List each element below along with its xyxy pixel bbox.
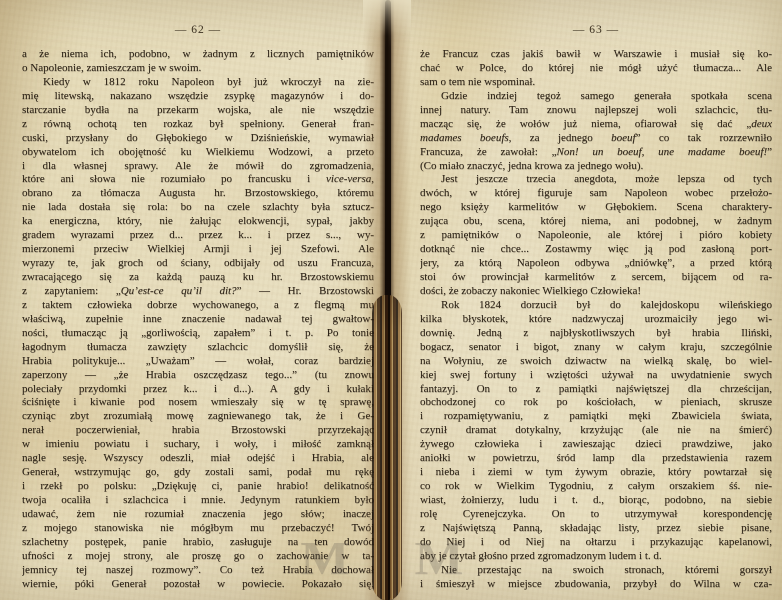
text-line: kilka błyskotek, które nadzwyczaj urozma…: [420, 313, 772, 327]
text-line: chać w Polce, do której nie mógł użyć tł…: [420, 62, 772, 76]
text-line: z taktem człowieka dobrze wychowanego, a…: [22, 299, 374, 313]
text-line: nego księży karmelitów w Głębokiem. Scen…: [420, 201, 772, 215]
text-line: ka energiczna, który, nie żałując elokwe…: [22, 215, 374, 229]
text-line: Jest jeszcze trzecia anegdota, może leps…: [420, 173, 772, 187]
text-line: co rok w Wielkim Tygodniu, z całym orsza…: [420, 480, 772, 494]
text-line: z mojego stanowiska nie mógłbym mu przeb…: [22, 522, 374, 536]
text-line: gradem wyrazami przez d... przez k... i …: [22, 229, 374, 243]
text-line: Generał, wstrzymując go, gdy zostali sam…: [22, 466, 374, 480]
text-line: Kiedy w 1812 roku Napoleon był już wkroc…: [22, 76, 374, 90]
text-line: czyniąc zbyt zrozumiałą mowę zagniewaneg…: [22, 410, 374, 424]
text-line: obrano za tłómacza Augusta hr. Brzostows…: [22, 187, 374, 201]
text-line: dości, że zobaczy nakoniec Wielkiego Czł…: [420, 285, 772, 299]
text-line: nie lada dostała się rola: bo na czele s…: [22, 201, 374, 215]
text-line: na Wołyniu, ze swoich dziwactw na wielką…: [420, 355, 772, 369]
text-line: z pamiętników o Napoleonie, ale której i…: [420, 229, 772, 243]
text-line: i rozpamiętywaniu, z pamiątki męki Zbawi…: [420, 410, 772, 424]
text-line: nerał poczerwieniał, hrabia Brzostowski …: [22, 424, 374, 438]
text-line: ściśnięte i kiwanie pod nosem wmieszały …: [22, 396, 374, 410]
left-page-text: a że niema ich, podobno, w żadnym z licz…: [22, 48, 374, 592]
text-line: wiast, żołnierzy, ludu i t. d., biorąc, …: [420, 494, 772, 508]
text-line: a że niema ich, podobno, w żadnym z licz…: [22, 48, 374, 62]
text-line: obywatelom ich obojętność ku Wielkiemu W…: [22, 146, 374, 160]
text-line: ności, tłumacząc ją „gorliwością, zapałe…: [22, 327, 374, 341]
text-line: ufności z mojej strony, ale proszę go o …: [22, 550, 374, 564]
text-line: poleciały przydomki przez k... i d...). …: [22, 383, 374, 397]
text-line: bogacz, senator i bigot, znany w całym k…: [420, 341, 772, 355]
text-line: Hrabia politykuje... „Uważam” — wołał, c…: [22, 355, 374, 369]
text-line: zaperzony — „że Hrabia oszczędzasz tego.…: [22, 369, 374, 383]
text-line: wyrazy te, jak groch od ściany, odbijały…: [22, 257, 374, 271]
text-line: twoja ocaliła i szlachcica i mnie. Jedyn…: [22, 494, 374, 508]
text-line: sam o tem nie wspominał.: [420, 76, 772, 90]
text-line: Francuza, że zawołał: „Non! un boeuf, un…: [420, 146, 772, 160]
text-line: udawać, żem nie rozumiał znaczenia jego …: [22, 508, 374, 522]
text-line: macząc się, że wołów już niema, ofiarowa…: [420, 118, 772, 132]
text-line: o Napoleonie, zamieszczam je w swoim.: [22, 62, 374, 76]
text-line: właściwą, zupełnie inne znaczenie nadawa…: [22, 313, 374, 327]
text-line: czynił dramat dotykalny, krzyżując (ale …: [420, 424, 772, 438]
text-line: mierzonemi przeciw Wielkiej Armji i jej …: [22, 243, 374, 257]
text-line: do Niej i od Niej na ołtarzu i przykazuj…: [420, 536, 772, 550]
text-line: innej natury. Tam znowu najlepszej woli …: [420, 104, 772, 118]
text-line: żywego człowieka i zawieszając dzieci pr…: [420, 438, 772, 452]
page-number-left: — 62 —: [22, 24, 374, 36]
text-line: downię. Jedną z najbłyskotliwszych był h…: [420, 327, 772, 341]
text-line: stoi ów prowincjał karmelitów z sercem, …: [420, 271, 772, 285]
book-binding-frayed-threads: [372, 295, 402, 600]
text-line: aby je czytał głośno przed zgromadzonym …: [420, 550, 772, 564]
text-line: obchodzonej co rok po kościołach, w pien…: [420, 396, 772, 410]
text-line: jemnicy tej naszej rozmowy”. Co też Hrab…: [22, 564, 374, 578]
text-line: (Co miało znaczyć, jedna krowa za jedneg…: [420, 160, 772, 174]
text-line: w imieniu powiatu i suchary, i woły, i m…: [22, 438, 374, 452]
text-line: mię litewską, nakazano wszędzie zsypkę m…: [22, 90, 374, 104]
text-line: z Najświętszą Panną, składając listy, pr…: [420, 522, 772, 536]
text-line: zująca obu, scena, której niema, ani pod…: [420, 215, 772, 229]
text-line: cuski, przysłany do Głębokiego w Dziśnie…: [22, 132, 374, 146]
text-line: zwracającego się za każdą pauzą ku hr. B…: [22, 271, 374, 285]
text-line: madames boeufs, za jednego boeuf” co tak…: [420, 132, 772, 146]
text-line: starczanie bydła na przekarm wojska, ale…: [22, 104, 374, 118]
text-line: kiej swej fortuny i wziętości używał na …: [420, 369, 772, 383]
text-line: z zapytaniem: „Qu’est-ce qu’il dit?” — H…: [22, 285, 374, 299]
book-scan: — 62 — — 63 — a że niema ich, podobno, w…: [0, 0, 782, 600]
text-line: i dla własnej sprawy. Ale że mówił do zg…: [22, 160, 374, 174]
text-line: że Francuz czas jakiś bawił w Warszawie …: [420, 48, 772, 62]
text-line: i rzekł po polsku: „Dziękuję ci, panie h…: [22, 480, 374, 494]
text-line: i śmieszył w miejsce zbudowania, przybył…: [420, 578, 772, 592]
text-line: fantazyj. On to z pamiątki najświętszej …: [420, 383, 772, 397]
text-line: i nieba i ziemi w tym żywym obrazie, któ…: [420, 466, 772, 480]
text-line: dwóch, w której figuruje sam Napoleon wo…: [420, 187, 772, 201]
text-line: Nie przestając na swoich stronach, które…: [420, 564, 772, 578]
text-line: nagle sesję. Wszyscy odeszli, miał odejś…: [22, 452, 374, 466]
text-line: Gdzie indziej tegoż samego generała spot…: [420, 90, 772, 104]
right-page-text: że Francuz czas jakiś bawił w Warszawie …: [420, 48, 772, 592]
text-line: Rok 1824 dorzucił był do kalejdoskopu wi…: [420, 299, 772, 313]
text-line: z równą ochotą ten rozkaz był spełniony.…: [22, 118, 374, 132]
page-number-right: — 63 —: [420, 24, 772, 36]
text-line: które ani słowa nie rozumiało po francus…: [22, 173, 374, 187]
text-line: łagodnym tłumacza zawzięty szlachcic dom…: [22, 341, 374, 355]
text-line: rolę Cyrenejczyka. On to utrzymywał kore…: [420, 508, 772, 522]
text-line: wiernie, póki Generał pozostał w powieci…: [22, 578, 374, 592]
text-line: aniołki w powietrzu, śród lamp dla przed…: [420, 452, 772, 466]
text-line: dotknąć nie chce... Zostawmy więc ją pod…: [420, 243, 772, 257]
text-line: jery, za którą Napoleon odbywa „dniówkę”…: [420, 257, 772, 271]
text-line: szlachetny postępek, panie hrabio, zasłu…: [22, 536, 374, 550]
